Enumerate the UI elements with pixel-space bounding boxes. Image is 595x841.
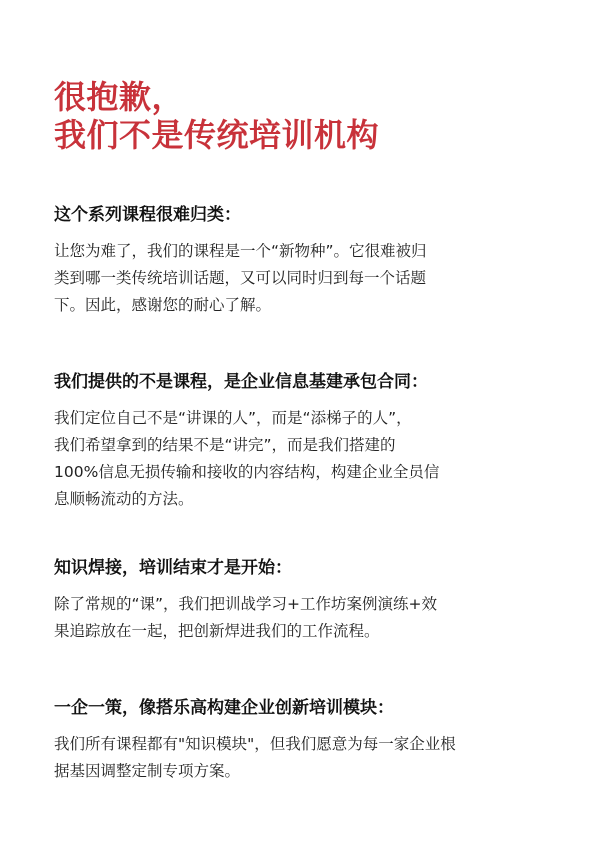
body-line: 除了常规的“课”，我们把训战学习+工作坊案例演练+效 (54, 591, 534, 618)
title-line-1: 很抱歉， (54, 78, 379, 116)
title-line-2: 我们不是传统培训机构 (54, 116, 379, 154)
body-line: 下。因此，感谢您的耐心了解。 (54, 292, 534, 319)
body-line: 类到哪一类传统培训话题，又可以同时归到每一个话题 (54, 265, 534, 292)
section-body: 我们定位自己不是“讲课的人”，而是“添梯子的人”， 我们希望拿到的结果不是“讲完… (54, 405, 534, 513)
section-heading: 我们提供的不是课程，是企业信息基建承包合同： (54, 371, 534, 393)
section-heading: 这个系列课程很难归类： (54, 204, 534, 226)
page-title: 很抱歉， 我们不是传统培训机构 (54, 78, 379, 154)
body-line: 让您为难了，我们的课程是一个“新物种”。它很难被归 (54, 238, 534, 265)
body-line: 我们希望拿到的结果不是“讲完”，而是我们搭建的 (54, 432, 534, 459)
body-line: 果追踪放在一起，把创新焊进我们的工作流程。 (54, 618, 534, 645)
section-body: 我们所有课程都有"知识模块"，但我们愿意为每一家企业根 据基因调整定制专项方案。 (54, 731, 534, 785)
section-body: 除了常规的“课”，我们把训战学习+工作坊案例演练+效 果追踪放在一起，把创新焊进… (54, 591, 534, 645)
body-line: 我们所有课程都有"知识模块"，但我们愿意为每一家企业根 (54, 731, 534, 758)
section-one-company-one-plan: 一企一策，像搭乐高构建企业创新培训模块： 我们所有课程都有"知识模块"，但我们愿… (54, 697, 534, 785)
body-line: 100%信息无损传输和接收的内容结构，构建企业全员信 (54, 459, 534, 486)
section-heading: 一企一策，像搭乐高构建企业创新培训模块： (54, 697, 534, 719)
body-line: 息顺畅流动的方法。 (54, 486, 534, 513)
body-line: 据基因调整定制专项方案。 (54, 758, 534, 785)
section-knowledge-welding: 知识焊接，培训结束才是开始： 除了常规的“课”，我们把训战学习+工作坊案例演练+… (54, 557, 534, 645)
section-hard-to-classify: 这个系列课程很难归类： 让您为难了，我们的课程是一个“新物种”。它很难被归 类到… (54, 204, 534, 319)
body-line: 我们定位自己不是“讲课的人”，而是“添梯子的人”， (54, 405, 534, 432)
section-heading: 知识焊接，培训结束才是开始： (54, 557, 534, 579)
section-body: 让您为难了，我们的课程是一个“新物种”。它很难被归 类到哪一类传统培训话题，又可… (54, 238, 534, 319)
section-infrastructure-contract: 我们提供的不是课程，是企业信息基建承包合同： 我们定位自己不是“讲课的人”，而是… (54, 371, 534, 513)
